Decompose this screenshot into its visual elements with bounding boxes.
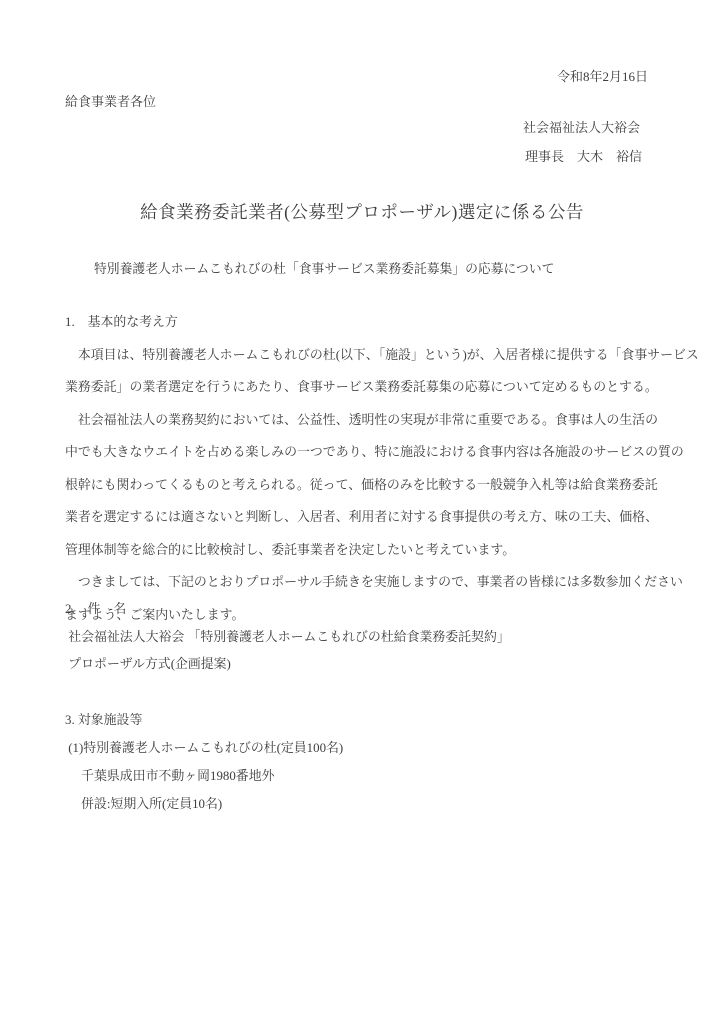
section-3-line: (1)特別養護老人ホームこもれびの杜(定員100名) — [65, 734, 664, 762]
section-basic-policy: 1. 基本的な考え方 本項目は、特別養護老人ホームこもれびの杜(以下、「施設」と… — [65, 306, 664, 631]
section-3-line: 千葉県成田市不動ヶ岡1980番地外 — [65, 762, 664, 790]
section-1-line: 管理体制等を総合的に比較検討し、委託事業者を決定したいと考えています。 — [65, 534, 664, 567]
section-1-line: つきましては、下記のとおりプロポーサル手続きを実施しますので、事業者の皆様には多… — [65, 566, 664, 599]
section-target-facility: 3. 対象施設等 (1)特別養護老人ホームこもれびの杜(定員100名) 千葉県成… — [65, 706, 664, 818]
document-title: 給食業務委託業者(公募型プロポーザル)選定に係る公告 — [0, 199, 724, 224]
section-1-line: 根幹にも関わってくるものと考えられる。従って、価格のみを比較する一般競争入札等は… — [65, 469, 664, 502]
signer-name: 理事長 大木 裕信 — [525, 150, 642, 163]
section-1-line: 中でも大きなウエイトを占める楽しみの一つであり、特に施設における食事内容は各施設… — [65, 436, 664, 469]
subject-line: 特別養護老人ホームこもれびの杜「食事サービス業務委託募集」の応募について — [94, 258, 554, 277]
addressee: 給食事業者各位 — [65, 95, 156, 108]
section-1-line: 業務委託」の業者選定を行うにあたり、食事サービス業務委託募集の応募について定める… — [65, 371, 664, 404]
section-1-line: 業者を選定するには適さないと判断し、入居者、利用者に対する食事提供の考え方、味の… — [65, 501, 664, 534]
section-2-heading: 2. 件 名 — [65, 596, 664, 624]
section-1-line: 社会福祉法人の業務契約においては、公益性、透明性の実現が非常に重要である。食事は… — [65, 404, 664, 437]
section-2-line: プロポーザル方式(企画提案) — [65, 651, 664, 679]
document-page: 令和8年2月16日 給食事業者各位 社会福祉法人大裕会 理事長 大木 裕信 給食… — [0, 0, 724, 1024]
section-1-line: 本項目は、特別養護老人ホームこもれびの杜(以下、「施設」という)が、入居者様に提… — [65, 339, 664, 372]
section-1-heading: 1. 基本的な考え方 — [65, 306, 664, 339]
section-contract-name: 2. 件 名 社会福祉法人大裕会 「特別養護老人ホームこもれびの杜給食業務委託契… — [65, 596, 664, 679]
section-3-heading: 3. 対象施設等 — [65, 706, 664, 734]
section-2-line: 社会福祉法人大裕会 「特別養護老人ホームこもれびの杜給食業務委託契約」 — [65, 624, 664, 652]
organization-name: 社会福祉法人大裕会 — [523, 121, 640, 134]
document-date: 令和8年2月16日 — [557, 70, 648, 83]
section-3-line: 併設:短期入所(定員10名) — [65, 790, 664, 818]
